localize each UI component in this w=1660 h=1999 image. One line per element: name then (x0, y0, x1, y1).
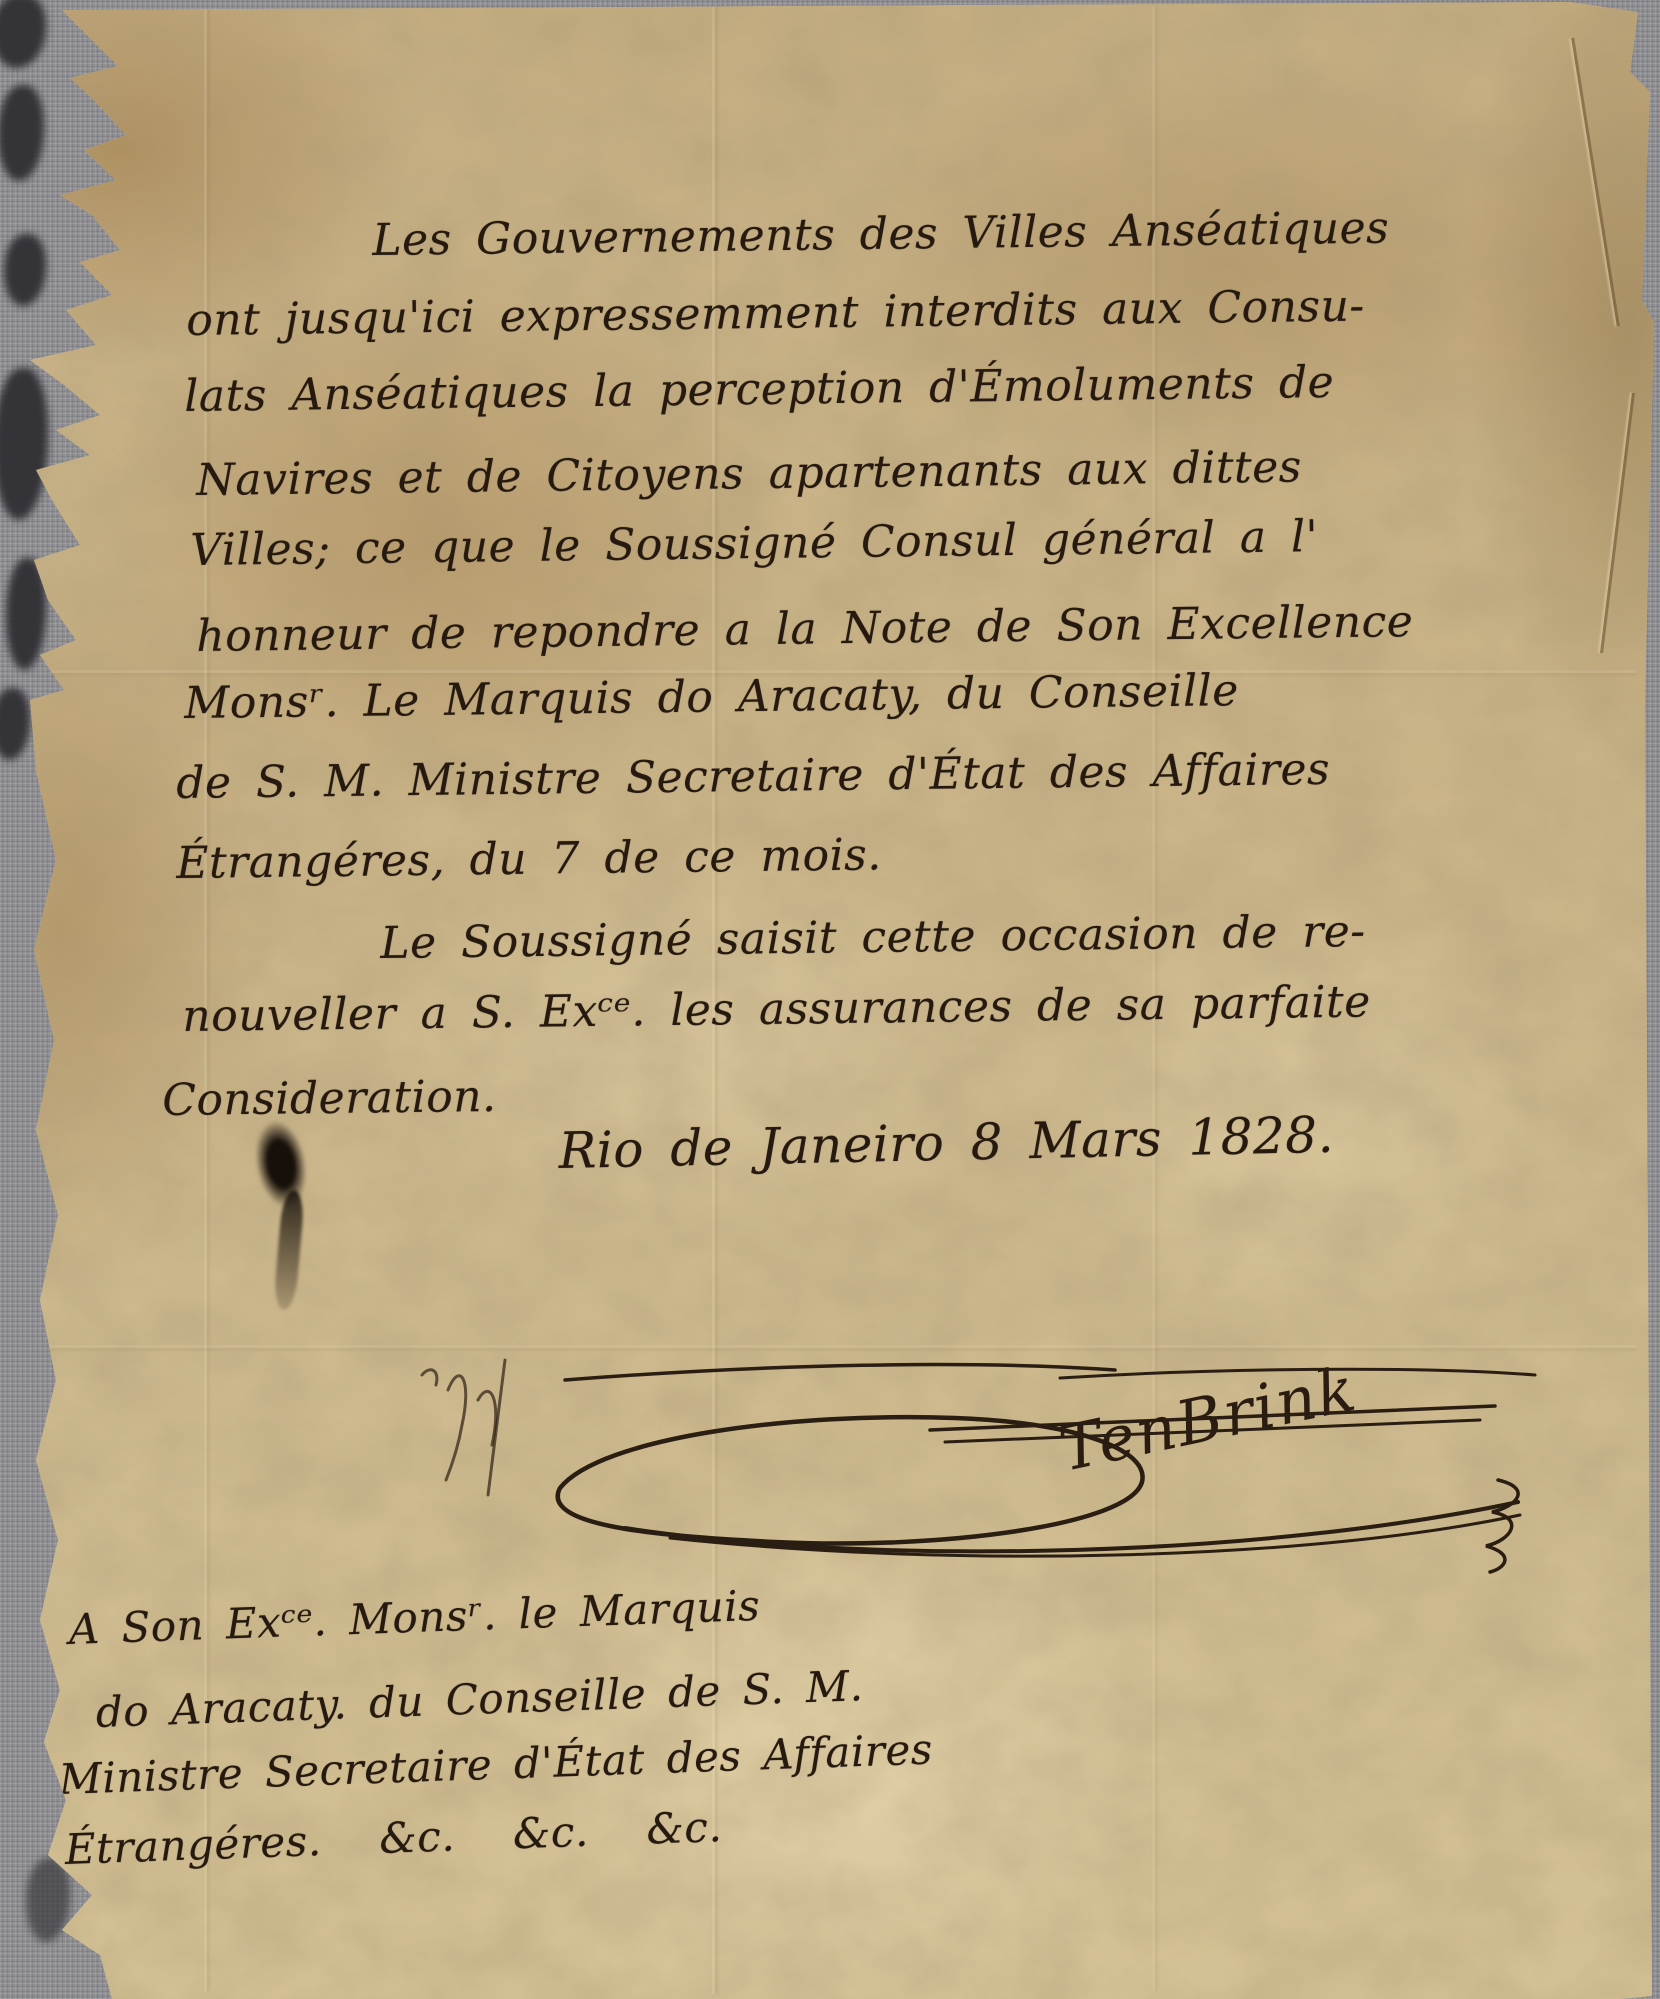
torn-corner-crease (1600, 393, 1635, 653)
ink-blot (249, 1116, 314, 1211)
torn-corner-crease (1571, 38, 1620, 327)
address-line: do Aracaty. du Conseille de S. M. (95, 1661, 864, 1737)
handwritten-line: honneur de repondre a la Note de Son Exc… (196, 596, 1414, 662)
handwritten-line: lats Anséatiques la perception d'Émolume… (184, 357, 1334, 422)
address-line: Ministre Secretaire d'État des Affaires (58, 1724, 934, 1803)
handwritten-line: Monsʳ. Le Marquis do Aracaty, du Conseil… (184, 665, 1239, 729)
address-line: Étrangéres. &c. &c. &c. (64, 1802, 723, 1874)
handwritten-line: ont jusqu'ici expressemment interdits au… (186, 281, 1365, 346)
scanned-letter-page: Les Gouvernements des Villes Anséatiques… (0, 0, 1660, 1999)
ink-blot (273, 1189, 305, 1310)
letter-paper: Les Gouvernements des Villes Anséatiques… (0, 0, 1660, 1999)
signature-scribble (422, 1360, 505, 1495)
handwritten-line: Navires et de Citoyens apartenants aux d… (196, 441, 1302, 506)
handwritten-line: Les Gouvernements des Villes Anséatiques (372, 203, 1389, 266)
handwritten-line: de S. M. Ministre Secretaire d'État des … (176, 744, 1330, 809)
handwritten-line: Villes; ce que le Soussigné Consul génér… (190, 511, 1318, 576)
dateline: Rio de Janeiro 8 Mars 1828. (558, 1106, 1335, 1180)
handwritten-line: Étrangéres, du 7 de ce mois. (176, 829, 882, 889)
handwritten-line: Consideration. (162, 1071, 497, 1126)
handwritten-line: nouveller a S. Exᶜᵉ. les assurances de s… (182, 976, 1371, 1042)
handwritten-line: Le Soussigné saisit cette occasion de re… (380, 906, 1366, 969)
